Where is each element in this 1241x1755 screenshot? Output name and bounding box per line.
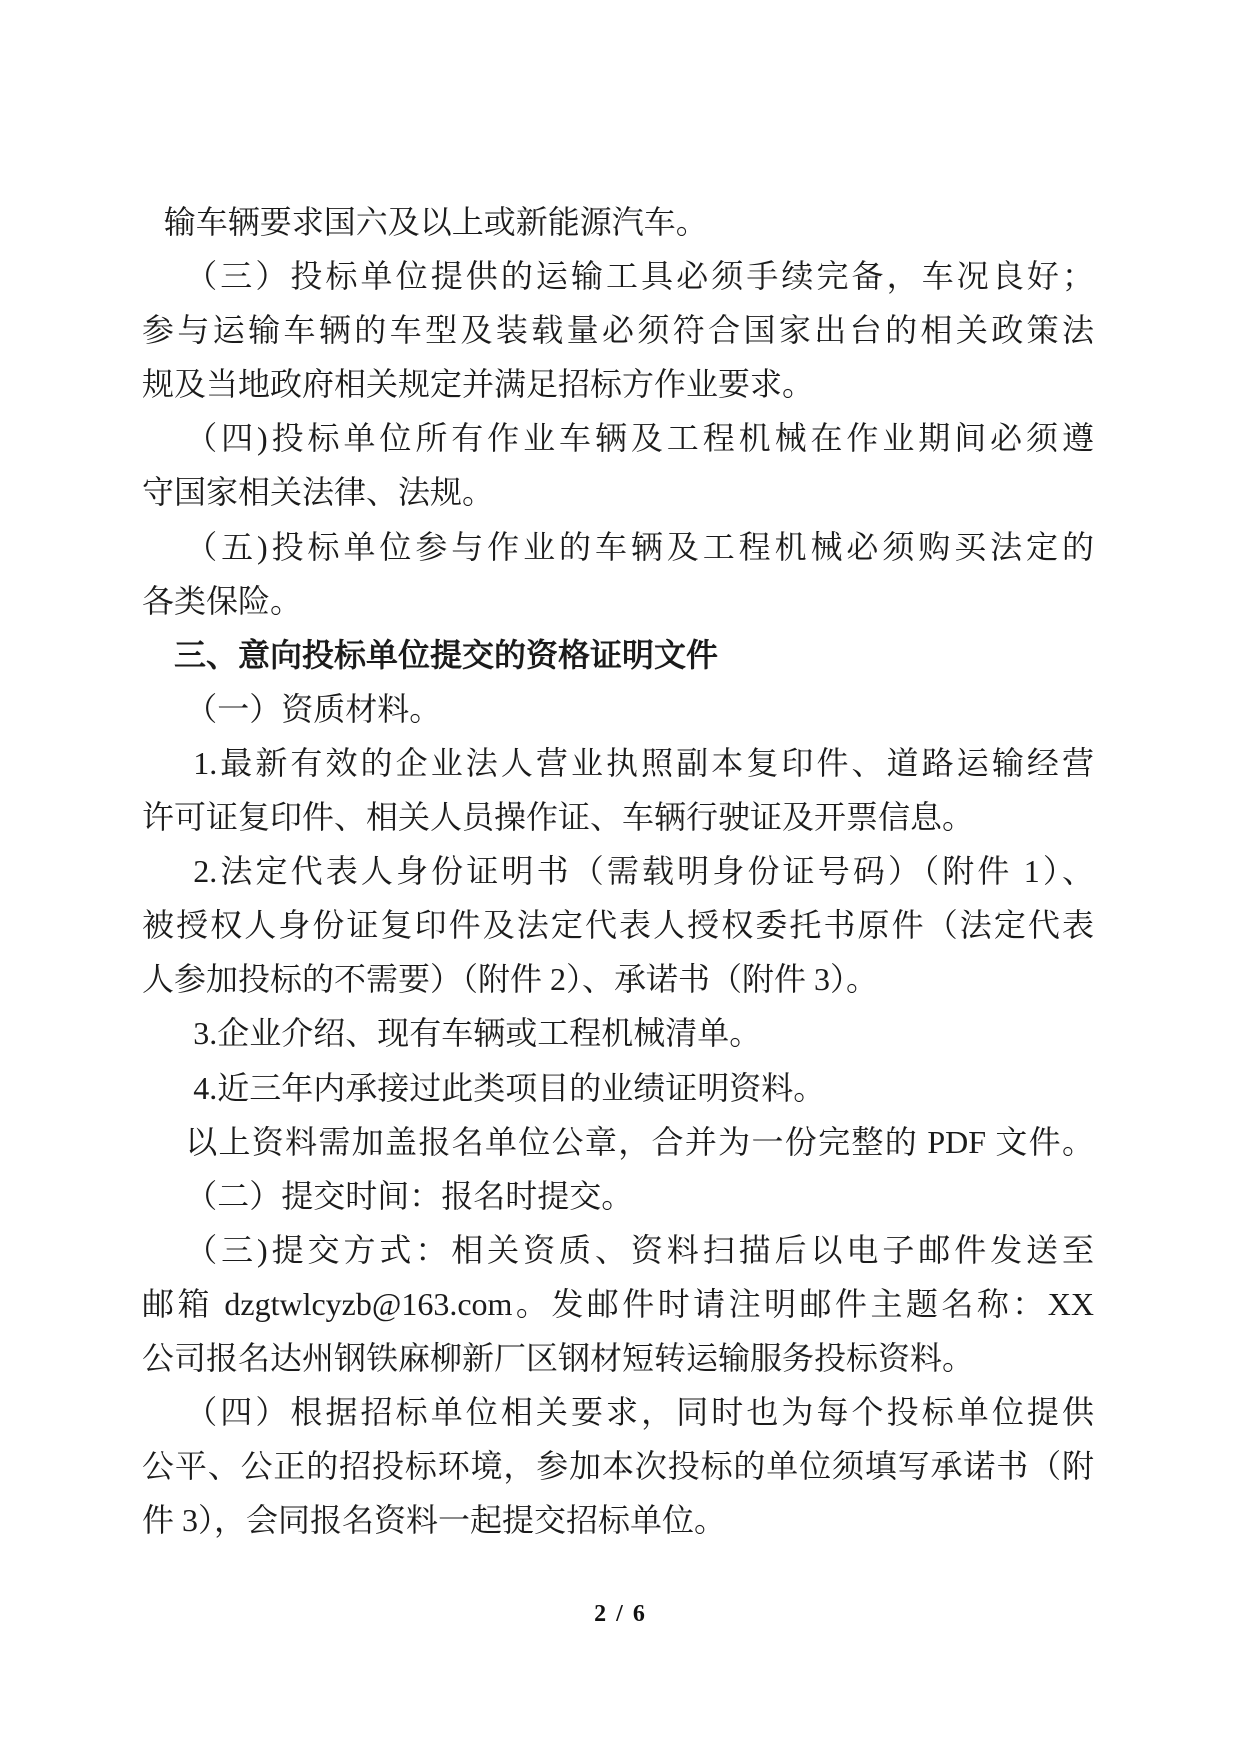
text-line: 件 3），会同报名资料一起提交招标单位。 <box>142 1493 1094 1547</box>
text-line: （三)提交方式：相关资质、资料扫描后以电子邮件发送至 <box>142 1223 1094 1277</box>
text-line: 4.近三年内承接过此类项目的业绩证明资料。 <box>142 1061 1094 1115</box>
text-line: 规及当地政府相关规定并满足招标方作业要求。 <box>142 357 1094 411</box>
text-line: 公司报名达州钢铁麻柳新厂区钢材短转运输服务投标资料。 <box>142 1331 1094 1385</box>
text-line: （三）投标单位提供的运输工具必须手续完备，车况良好； <box>142 249 1094 303</box>
text-line: （一）资质材料。 <box>142 682 1094 736</box>
text-line: 被授权人身份证复印件及法定代表人授权委托书原件（法定代表 <box>142 898 1094 952</box>
text-line: 输车辆要求国六及以上或新能源汽车。 <box>142 195 1094 249</box>
text-line: （二）提交时间：报名时提交。 <box>142 1169 1094 1223</box>
text-line: （五)投标单位参与作业的车辆及工程机械必须购买法定的 <box>142 520 1094 574</box>
text-line: 邮箱 dzgtwlcyzb@163.com。发邮件时请注明邮件主题名称：XX <box>142 1277 1094 1331</box>
text-line: 三、意向投标单位提交的资格证明文件 <box>142 628 1094 682</box>
text-line: 各类保险。 <box>142 574 1094 628</box>
text-line: 许可证复印件、相关人员操作证、车辆行驶证及开票信息。 <box>142 790 1094 844</box>
page-number: 2 / 6 <box>0 1601 1241 1628</box>
text-line: 以上资料需加盖报名单位公章，合并为一份完整的 PDF 文件。 <box>142 1115 1094 1169</box>
text-line: 3.企业介绍、现有车辆或工程机械清单。 <box>142 1006 1094 1060</box>
text-line: 1.最新有效的企业法人营业执照副本复印件、道路运输经营 <box>142 736 1094 790</box>
text-line: 2.法定代表人身份证明书（需载明身份证号码）（附件 1）、 <box>142 844 1094 898</box>
text-line: 人参加投标的不需要）（附件 2）、承诺书（附件 3）。 <box>142 952 1094 1006</box>
text-line: 公平、公正的招投标环境，参加本次投标的单位须填写承诺书（附 <box>142 1439 1094 1493</box>
text-line: （四）根据招标单位相关要求，同时也为每个投标单位提供 <box>142 1385 1094 1439</box>
document-body: 输车辆要求国六及以上或新能源汽车。（三）投标单位提供的运输工具必须手续完备，车况… <box>142 195 1094 1547</box>
text-line: 参与运输车辆的车型及装载量必须符合国家出台的相关政策法 <box>142 303 1094 357</box>
document-page: 输车辆要求国六及以上或新能源汽车。（三）投标单位提供的运输工具必须手续完备，车况… <box>0 0 1241 1755</box>
text-line: 守国家相关法律、法规。 <box>142 465 1094 519</box>
text-line: （四)投标单位所有作业车辆及工程机械在作业期间必须遵 <box>142 411 1094 465</box>
